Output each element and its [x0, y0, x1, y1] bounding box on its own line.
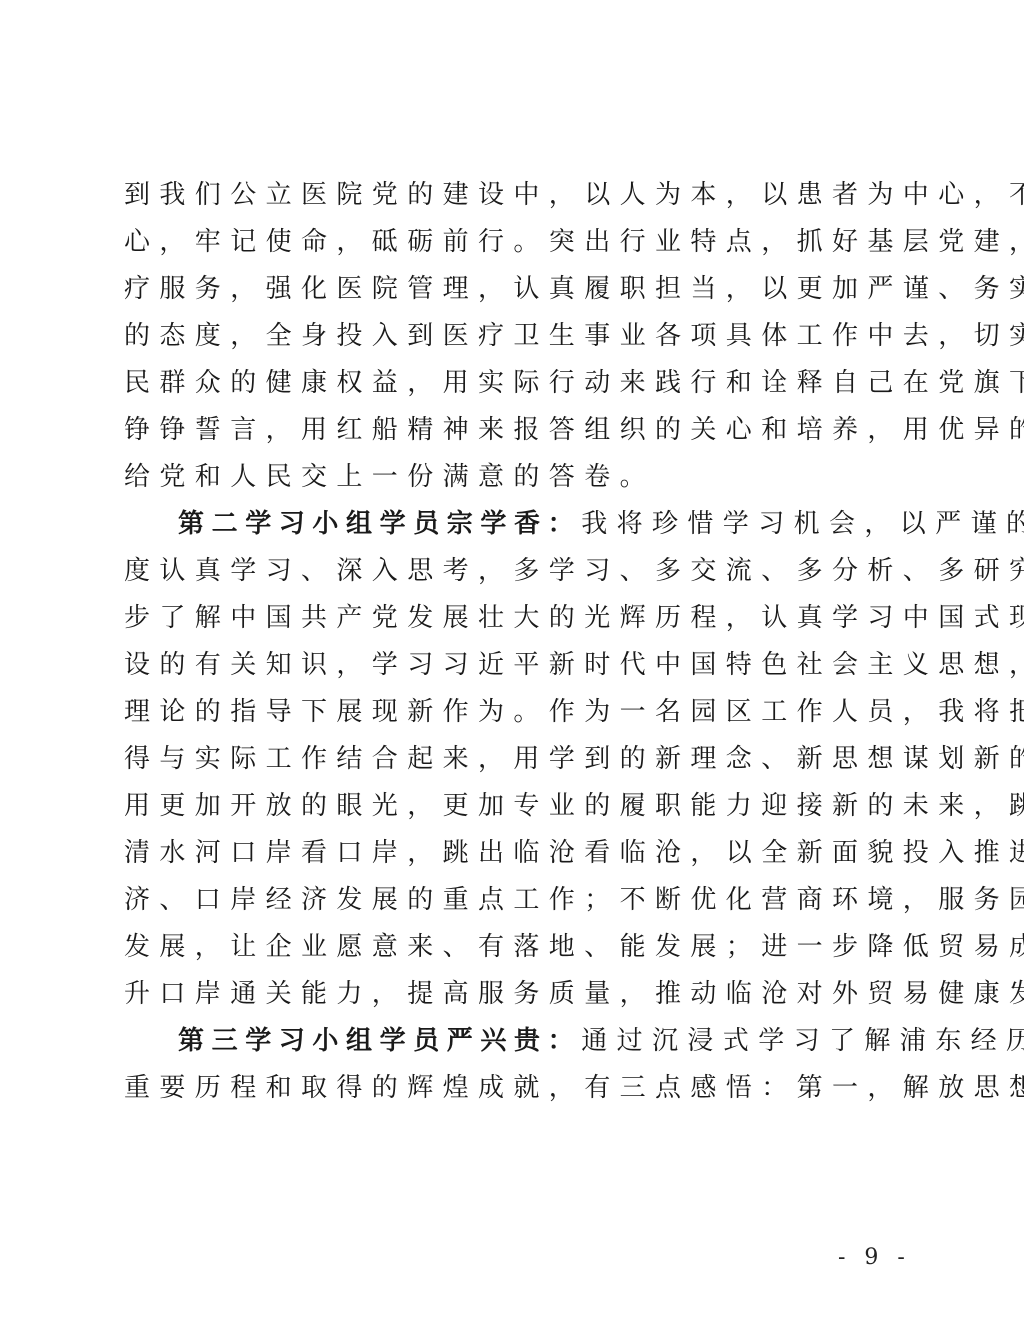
paragraph-1: 到我们公立医院党的建设中，以人为本，以患者为中心，不忘初 心，牢记使命，砥砺前行… — [124, 172, 914, 501]
text-line: 重要历程和取得的辉煌成就，有三点感悟：第一，解放思想是推动 — [124, 1065, 914, 1112]
text-line: 升口岸通关能力，提高服务质量，推动临沧对外贸易健康发展。 — [124, 971, 914, 1018]
text-line: 设的有关知识，学习习近平新时代中国特色社会主义思想，在科学 — [124, 642, 914, 689]
text-line: 得与实际工作结合起来，用学到的新理念、新思想谋划新的工作； — [124, 736, 914, 783]
text-line: 心，牢记使命，砥砺前行。突出行业特点，抓好基层党建，注重医 — [124, 219, 914, 266]
text-line: 发展，让企业愿意来、有落地、能发展；进一步降低贸易成本，提 — [124, 924, 914, 971]
text-line: 铮铮誓言，用红船精神来报答组织的关心和培养，用优异的成绩来 — [124, 407, 914, 454]
text-line: 民群众的健康权益，用实际行动来践行和诠释自己在党旗下立下的 — [124, 360, 914, 407]
text-line: 理论的指导下展现新作为。作为一名园区工作人员，我将把所学所 — [124, 689, 914, 736]
text-line: 步了解中国共产党发展壮大的光辉历程，认真学习中国式现代化建 — [124, 595, 914, 642]
text-line: 疗服务，强化医院管理，认真履职担当，以更加严谨、务实、积极 — [124, 266, 914, 313]
paragraph-first-line: 第三学习小组学员严兴贵：通过沉浸式学习了解浦东经历的 — [124, 1018, 914, 1065]
text-line: 的态度，全身投入到医疗卫生事业各项具体工作中去，切实保障人 — [124, 313, 914, 360]
text-span: 通过沉浸式学习了解浦东经历的 — [581, 1026, 1024, 1056]
document-page: 到我们公立医院党的建设中，以人为本，以患者为中心，不忘初 心，牢记使命，砥砺前行… — [124, 172, 914, 1112]
text-line: 度认真学习、深入思考，多学习、多交流、多分析、多研究，进一 — [124, 548, 914, 595]
text-line: 给党和人民交上一份满意的答卷。 — [124, 454, 914, 501]
text-line: 清水河口岸看口岸，跳出临沧看临沧，以全新面貌投入推进园区经 — [124, 830, 914, 877]
speaker-label: 第二学习小组学员宗学香： — [178, 509, 581, 539]
speaker-label: 第三学习小组学员严兴贵： — [178, 1026, 581, 1056]
text-span: 我将珍惜学习机会，以严谨的态 — [581, 509, 1024, 539]
page-number: - 9 - — [838, 1245, 911, 1270]
paragraph-2: 第二学习小组学员宗学香：我将珍惜学习机会，以严谨的态 度认真学习、深入思考，多学… — [124, 501, 914, 1018]
text-line: 到我们公立医院党的建设中，以人为本，以患者为中心，不忘初 — [124, 172, 914, 219]
paragraph-first-line: 第二学习小组学员宗学香：我将珍惜学习机会，以严谨的态 — [124, 501, 914, 548]
text-line: 济、口岸经济发展的重点工作；不断优化营商环境，服务园区企业 — [124, 877, 914, 924]
paragraph-3: 第三学习小组学员严兴贵：通过沉浸式学习了解浦东经历的 重要历程和取得的辉煌成就，… — [124, 1018, 914, 1112]
text-line: 用更加开放的眼光，更加专业的履职能力迎接新的未来，跳出孟定 — [124, 783, 914, 830]
